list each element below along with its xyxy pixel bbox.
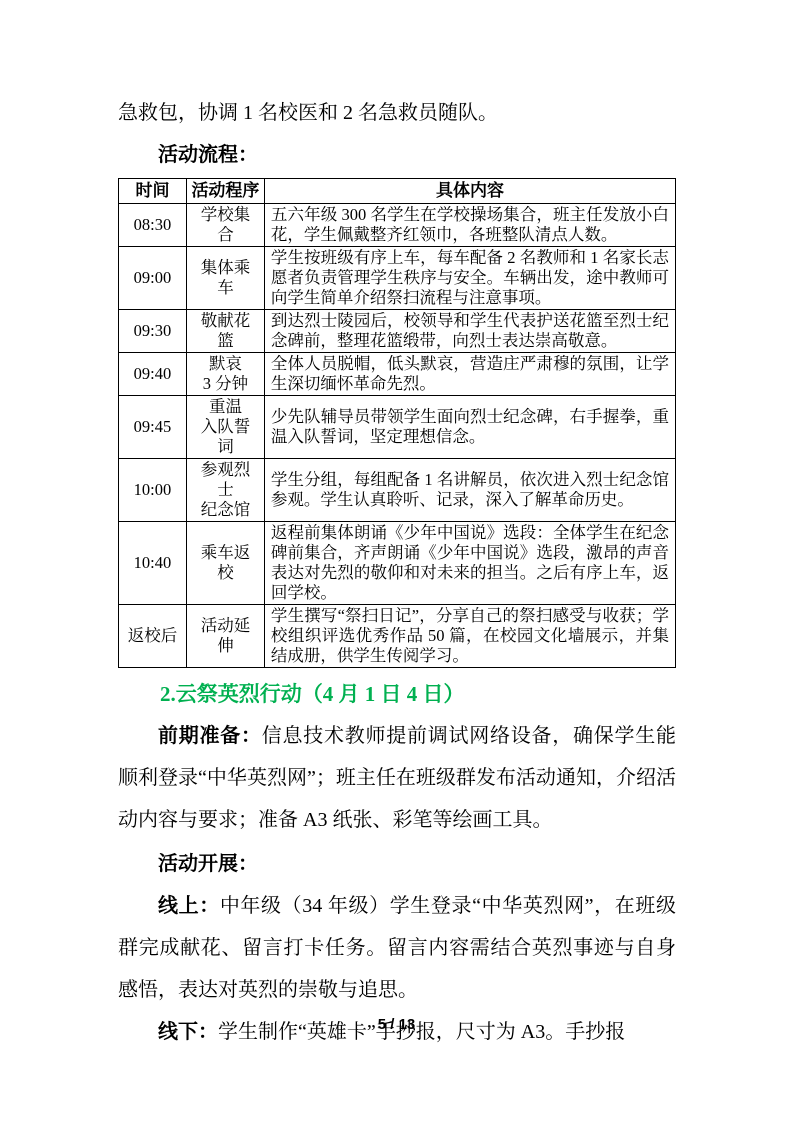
- header-detail: 具体内容: [264, 179, 675, 204]
- detail-cell: 少先队辅导员带领学生面向烈士纪念碑，右手握拳，重温入队誓词，坚定理想信念。: [264, 396, 675, 459]
- prep-label: 前期准备：: [158, 725, 262, 747]
- header-program: 活动程序: [186, 179, 264, 204]
- section-heading: 2.云祭英烈行动（4 月 1 日 4 日）: [118, 679, 676, 709]
- program-cell: 重温 入队誓词: [186, 396, 264, 459]
- develop-heading: 活动开展：: [118, 843, 676, 885]
- program-cell: 敬献花篮: [186, 310, 264, 353]
- program-cell: 学校集合: [186, 204, 264, 247]
- table-row: 08:30学校集合五六年级 300 名学生在学校操场集合，班主任发放小白花，学生…: [119, 204, 676, 247]
- program-cell: 乘车返校: [186, 522, 264, 605]
- document-content: 急救包，协调 1 名校医和 2 名急救员随队。 活动流程： 时间 活动程序 具体…: [118, 92, 676, 1053]
- time-cell: 09:30: [119, 310, 187, 353]
- table-header-row: 时间 活动程序 具体内容: [119, 179, 676, 204]
- table-row: 09:40默哀 3 分钟全体人员脱帽，低头默哀，营造庄严肃穆的氛围，让学生深切缅…: [119, 353, 676, 396]
- detail-cell: 五六年级 300 名学生在学校操场集合，班主任发放小白花，学生佩戴整齐红领巾，各…: [264, 204, 675, 247]
- document-page: 急救包，协调 1 名校医和 2 名急救员随队。 活动流程： 时间 活动程序 具体…: [0, 0, 793, 1122]
- detail-cell: 学生按班级有序上车，每车配备 2 名教师和 1 名家长志愿者负责管理学生秩序与安…: [264, 247, 675, 310]
- time-cell: 返校后: [119, 605, 187, 668]
- header-time: 时间: [119, 179, 187, 204]
- table-body: 08:30学校集合五六年级 300 名学生在学校操场集合，班主任发放小白花，学生…: [119, 204, 676, 668]
- time-cell: 10:00: [119, 459, 187, 522]
- time-cell: 10:40: [119, 522, 187, 605]
- prep-paragraph: 前期准备：信息技术教师提前调试网络设备，确保学生能顺利登录“中华英烈网”；班主任…: [118, 715, 676, 841]
- program-cell: 集体乘车: [186, 247, 264, 310]
- table-row: 10:40乘车返校返程前集体朗诵《少年中国说》选段：全体学生在纪念碑前集合，齐声…: [119, 522, 676, 605]
- intro-line: 急救包，协调 1 名校医和 2 名急救员随队。: [118, 92, 676, 134]
- online-label: 线上：: [158, 895, 220, 917]
- detail-cell: 学生撰写“祭扫日记”，分享自己的祭扫感受与收获；学校组织评选优秀作品 50 篇，…: [264, 605, 675, 668]
- detail-cell: 到达烈士陵园后，校领导和学生代表护送花篮至烈士纪念碑前，整理花篮缎带，向烈士表达…: [264, 310, 675, 353]
- time-cell: 09:00: [119, 247, 187, 310]
- table-row: 返校后活动延伸学生撰写“祭扫日记”，分享自己的祭扫感受与收获；学校组织评选优秀作…: [119, 605, 676, 668]
- time-cell: 08:30: [119, 204, 187, 247]
- program-cell: 活动延伸: [186, 605, 264, 668]
- table-row: 09:30敬献花篮到达烈士陵园后，校领导和学生代表护送花篮至烈士纪念碑前，整理花…: [119, 310, 676, 353]
- table-row: 10:00参观烈士 纪念馆学生分组，每组配备 1 名讲解员，依次进入烈士纪念馆参…: [119, 459, 676, 522]
- online-paragraph: 线上：中年级（34 年级）学生登录“中华英烈网”，在班级群完成献花、留言打卡任务…: [118, 885, 676, 1011]
- table-row: 09:00集体乘车学生按班级有序上车，每车配备 2 名教师和 1 名家长志愿者负…: [119, 247, 676, 310]
- time-cell: 09:40: [119, 353, 187, 396]
- time-cell: 09:45: [119, 396, 187, 459]
- table-row: 09:45重温 入队誓词少先队辅导员带领学生面向烈士纪念碑，右手握拳，重温入队誓…: [119, 396, 676, 459]
- flow-heading: 活动流程：: [118, 134, 676, 176]
- program-cell: 参观烈士 纪念馆: [186, 459, 264, 522]
- activity-schedule-table: 时间 活动程序 具体内容 08:30学校集合五六年级 300 名学生在学校操场集…: [118, 178, 676, 668]
- program-cell: 默哀 3 分钟: [186, 353, 264, 396]
- detail-cell: 学生分组，每组配备 1 名讲解员，依次进入烈士纪念馆参观。学生认真聆听、记录，深…: [264, 459, 675, 522]
- page-number: 5 / 13: [0, 1016, 793, 1033]
- detail-cell: 返程前集体朗诵《少年中国说》选段：全体学生在纪念碑前集合，齐声朗诵《少年中国说》…: [264, 522, 675, 605]
- detail-cell: 全体人员脱帽，低头默哀，营造庄严肃穆的氛围，让学生深切缅怀革命先烈。: [264, 353, 675, 396]
